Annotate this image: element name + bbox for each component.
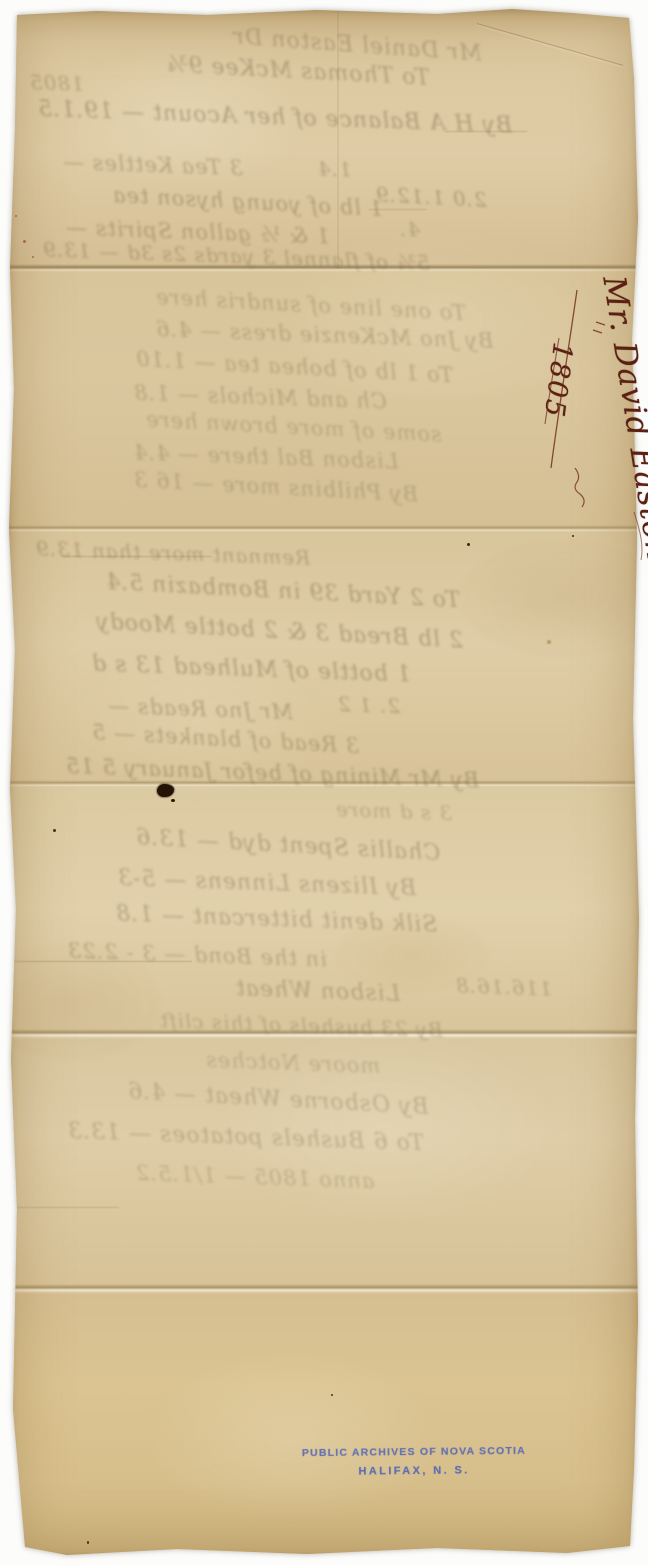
stain-speck bbox=[53, 829, 56, 832]
fold-panel-1 bbox=[7, 9, 640, 270]
stain-speck bbox=[467, 543, 470, 546]
document-scan: Mr Daniel Easton Dr1805To Thomas McKee 9… bbox=[0, 0, 648, 1566]
stain-speck bbox=[547, 640, 551, 644]
rust-speck bbox=[15, 215, 17, 217]
fold-panel-6 bbox=[7, 1290, 640, 1560]
vertical-fold-shadow bbox=[337, 11, 339, 269]
fold-panel-4 bbox=[7, 785, 640, 1035]
stain-speck bbox=[87, 1541, 89, 1544]
stain-speck bbox=[572, 535, 574, 537]
archive-stamp: PUBLIC ARCHIVES OF NOVA SCOTIA HALIFAX, … bbox=[285, 1445, 543, 1479]
stain-speck bbox=[331, 1394, 333, 1396]
rust-speck bbox=[32, 256, 34, 258]
stamp-line1: PUBLIC ARCHIVES OF NOVA SCOTIA bbox=[285, 1445, 543, 1460]
paper-sheet-wrap: Mr Daniel Easton Dr1805To Thomas McKee 9… bbox=[7, 9, 640, 1560]
rust-speck bbox=[23, 240, 26, 243]
paper-sheet: Mr Daniel Easton Dr1805To Thomas McKee 9… bbox=[7, 9, 640, 1560]
ink-blot-satellite bbox=[171, 799, 175, 802]
fold-panel-3 bbox=[7, 530, 640, 785]
fold-panel-5 bbox=[7, 1035, 640, 1290]
